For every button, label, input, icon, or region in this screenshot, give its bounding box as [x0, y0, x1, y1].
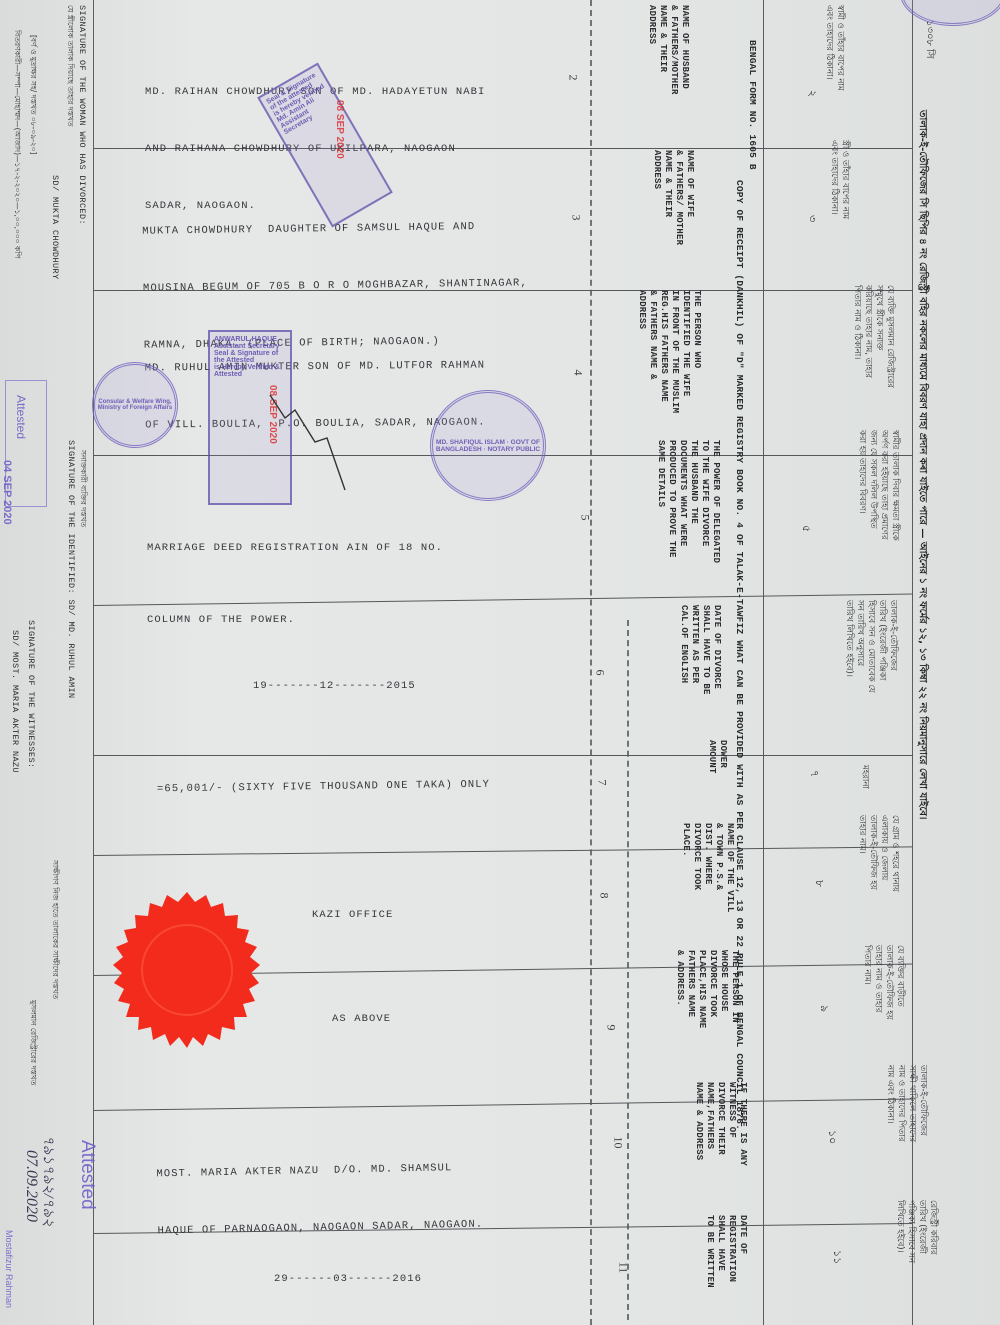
header-bn-house-person: যে ব্যক্তির বাড়ীতে তালাক-ই-তৌফিজ হয় তা… [861, 945, 905, 1020]
header-en-house-person: THE PERSON IN WHOSE HOUSE DIVORCE TOOK P… [674, 950, 740, 1028]
identifier-signature-label: SIGNATURE OF THE IDENTIFIED: SD/ MD. RUH… [66, 440, 76, 699]
header-en-dower: DOWER AMOUNT [706, 740, 728, 774]
col-number-3: 3 [569, 215, 584, 221]
dower-cell: =65,001/- (SIXTY FIVE THOUSAND ONE TAKA)… [157, 776, 490, 800]
header-bn-witness: তালাক-ই-তৌফিজের সাক্ষী থাকিলে তাহাদের না… [884, 1065, 928, 1142]
bn-num-8: ৮ [814, 880, 825, 887]
row-line [93, 1099, 913, 1111]
round-stamp-consular-text: Consular & Welfare Wing, Ministry of For… [95, 399, 175, 411]
woman-signature-label-bn: যে স্ত্রীলোক তালাক দিয়াছে তাহার দস্তখত [63, 5, 75, 127]
document-page: MD. RAIHAN CHOWDHURY SON OF MD. HADAYETU… [0, 0, 1000, 1325]
woman-signature-label: SIGNATURE OF THE WOMAN WHO HAS DIVORCED: [77, 5, 87, 225]
round-stamp-consular: Consular & Welfare Wing, Ministry of For… [92, 362, 178, 448]
officer-name: Mostafizur Rahman [4, 1230, 14, 1308]
header-bn-power: স্বামীর তালাক দিবার ক্ষমতা স্ত্রীকে অর্প… [856, 430, 900, 541]
header-en-identifier: THE PERSON WHO IDENTIFIED THE WIFE IN FR… [636, 290, 702, 413]
stamp-line: Assistant Secretary [214, 343, 286, 350]
english-title-text: COPY OF RECEIPT (DANKHIL) OF "D" MARKED … [734, 180, 745, 1130]
signature-scribble [265, 390, 355, 500]
witness-cell: MOST. MARIA AKTER NAZU D/O. MD. SHAMSUL … [155, 1121, 484, 1280]
place-cell: KAZI OFFICE [312, 906, 393, 925]
top-corner-code: ১৩০৮ সি [924, 20, 935, 59]
col-number-5: 5 [578, 515, 593, 521]
header-bn-place: যে গ্রাম ও শহরে থানায় এলাকায় ও জেলায় … [856, 815, 900, 892]
registration-date-cell: 29------03------2016 [274, 1270, 422, 1289]
bn-num-11: ১১ [832, 1250, 843, 1264]
power-delegated-cell: MARRIAGE DEED REGISTRATION AIN OF 18 NO.… [147, 488, 443, 680]
header-bn-identifier: যে ব্যক্তি মুসলমান রেজিস্ট্রারের সম্মুখে… [851, 285, 895, 388]
col-number-11: 11 [615, 1262, 630, 1274]
witness-signature-label: SIGNATURE OF THE WITNESSES: [26, 620, 36, 769]
col-number-6: 6 [593, 670, 608, 676]
header-bn-divorce-date: তালাক-ই-তৌফিজের তারিখ (ইংরেজী পঞ্জিকা হি… [843, 600, 898, 693]
col-number-8: 8 [597, 893, 612, 899]
col-number-4: 4 [571, 370, 586, 376]
bn-num-7: ৭ [809, 770, 820, 777]
header-bn-dower: মহরানা [859, 765, 870, 789]
bn-num-10: ১০ [827, 1130, 838, 1144]
witness-line-2: HAQUE OF PARNAOGAON, NAOGAON SADAR, NAOG… [157, 1216, 483, 1242]
witness-signature-value: SD/ MOST. MARIA AKTER NAZU [10, 630, 20, 773]
woman-signature-note: [বর্ণ ও মুদ্রাক্ষর সহ/ দস্তখত ০৮-০৯-২০] [26, 35, 38, 155]
stamp-line: is Hereby Verified & Attested [214, 364, 286, 378]
registrar-signature-label-bn: মুসলমান রেজিস্ট্রারের দস্তখত [26, 1000, 38, 1085]
power-line-2: COLUMN OF THE POWER. [147, 608, 443, 632]
header-bn-wife: স্ত্রী ও তাঁহার বাপের নাম এবং তাহাদের ঠি… [828, 140, 850, 219]
round-stamp-notary-text: MD. SHAFIQUL ISLAM · GOVT OF BANGLADESH … [433, 439, 543, 453]
witnesses-signature-label-bn: সাক্ষীগণ নিজ হাতে তালাকের সাক্ষীদের দস্ত… [48, 860, 60, 999]
stamp-line: ANWARUL HAQUE [214, 336, 286, 343]
identifier-line-1: MD. RUHUL AMIN MUKTER SON OF MD. LUTFOR … [145, 357, 486, 379]
bn-num-2: ২ [807, 90, 818, 97]
woman-signature-value: SD/ MUKTA CHOWDHURY [50, 175, 60, 280]
col-number-7: 7 [595, 780, 610, 786]
witness-line-1: MOST. MARIA AKTER NAZU D/O. MD. SHAMSUL [156, 1159, 482, 1185]
dashed-column-line [590, 0, 592, 1325]
col-number-10: 10 [611, 1137, 626, 1149]
wife-line-2: MOUSINA BEGUM OF 705 B O R O MOGHBAZAR, … [143, 274, 528, 298]
identifier-signature-label-bn: সনাক্তকারী ব্যক্তির দস্তখত [76, 450, 88, 527]
divorce-date-cell: 19-------12-------2015 [253, 677, 416, 696]
form-reference: BENGAL FORM NO. 1605 B [747, 40, 758, 1240]
dashed-column-line-2 [627, 620, 629, 1320]
stamp-date-top: 08 SEP 2020 [334, 100, 345, 159]
col-number-2: 2 [566, 75, 581, 81]
power-line-1: MARRIAGE DEED REGISTRATION AIN OF 18 NO. [147, 536, 443, 560]
header-en-divorce-date: DATE OF DIVORCE SHALL HAVE TO BE WRITTEN… [678, 605, 722, 695]
red-wax-seal [92, 890, 282, 1085]
row-line [93, 846, 913, 856]
bengali-title: তালাক-ই-তৌফিজের সি ছিপির ৪ নং রেজিস্ট্রী… [913, 110, 930, 819]
col-number-9: 9 [604, 1025, 619, 1031]
stamp-line: Seal & Signature of the Attested [214, 350, 286, 364]
left-border-line [93, 0, 94, 1325]
header-en-husband: NAME OF HUSBAND & FATHERS/MOTHER NAME & … [646, 5, 690, 95]
handwritten-date: 07.09.2020 [22, 1150, 40, 1222]
header-bn-registration: রেজিস্ট্রী করিবার তারিখ (ইংরেজী পঞ্জিকা … [894, 1200, 938, 1263]
header-en-place: NAME OF THE VILL & TOWN P.S.& DIST. WHER… [680, 823, 735, 913]
attested-mark-right: Attested [76, 1140, 98, 1210]
round-stamp-notary: MD. SHAFIQUL ISLAM · GOVT OF BANGLADESH … [430, 390, 546, 501]
bn-num-3: ৩ [807, 215, 818, 222]
bn-num-9: ৯ [819, 1005, 830, 1012]
bn-num-5: ৫ [801, 525, 812, 532]
header-bn-husband: স্বামী ও তাঁহার বাপের নাম এবং তাহাদের ঠি… [823, 5, 845, 91]
row-line [93, 755, 913, 756]
house-person-cell: AS ABOVE [332, 1010, 391, 1029]
header-en-registration: DATE OF REGISTRATION SHALL HAVE TO BE WR… [704, 1215, 748, 1288]
round-stamp-corner [900, 0, 1000, 26]
header-en-wife: NAME OF WIFE & FATHERS/ MOTHER NAME & TH… [651, 150, 695, 245]
print-reference: বিতরণকারী—সম্পা—মোহাম্মদ—(আজাদ)—১৭-২-২০২… [10, 30, 22, 258]
attested-box [5, 380, 47, 507]
header-divider-line [763, 0, 764, 1325]
header-en-power: THE POWER OF DELEGATED TO THE WIFE DIVOR… [655, 440, 721, 563]
english-title: COPY OF RECEIPT (DANKHIL) OF "D" MARKED … [734, 180, 745, 1130]
